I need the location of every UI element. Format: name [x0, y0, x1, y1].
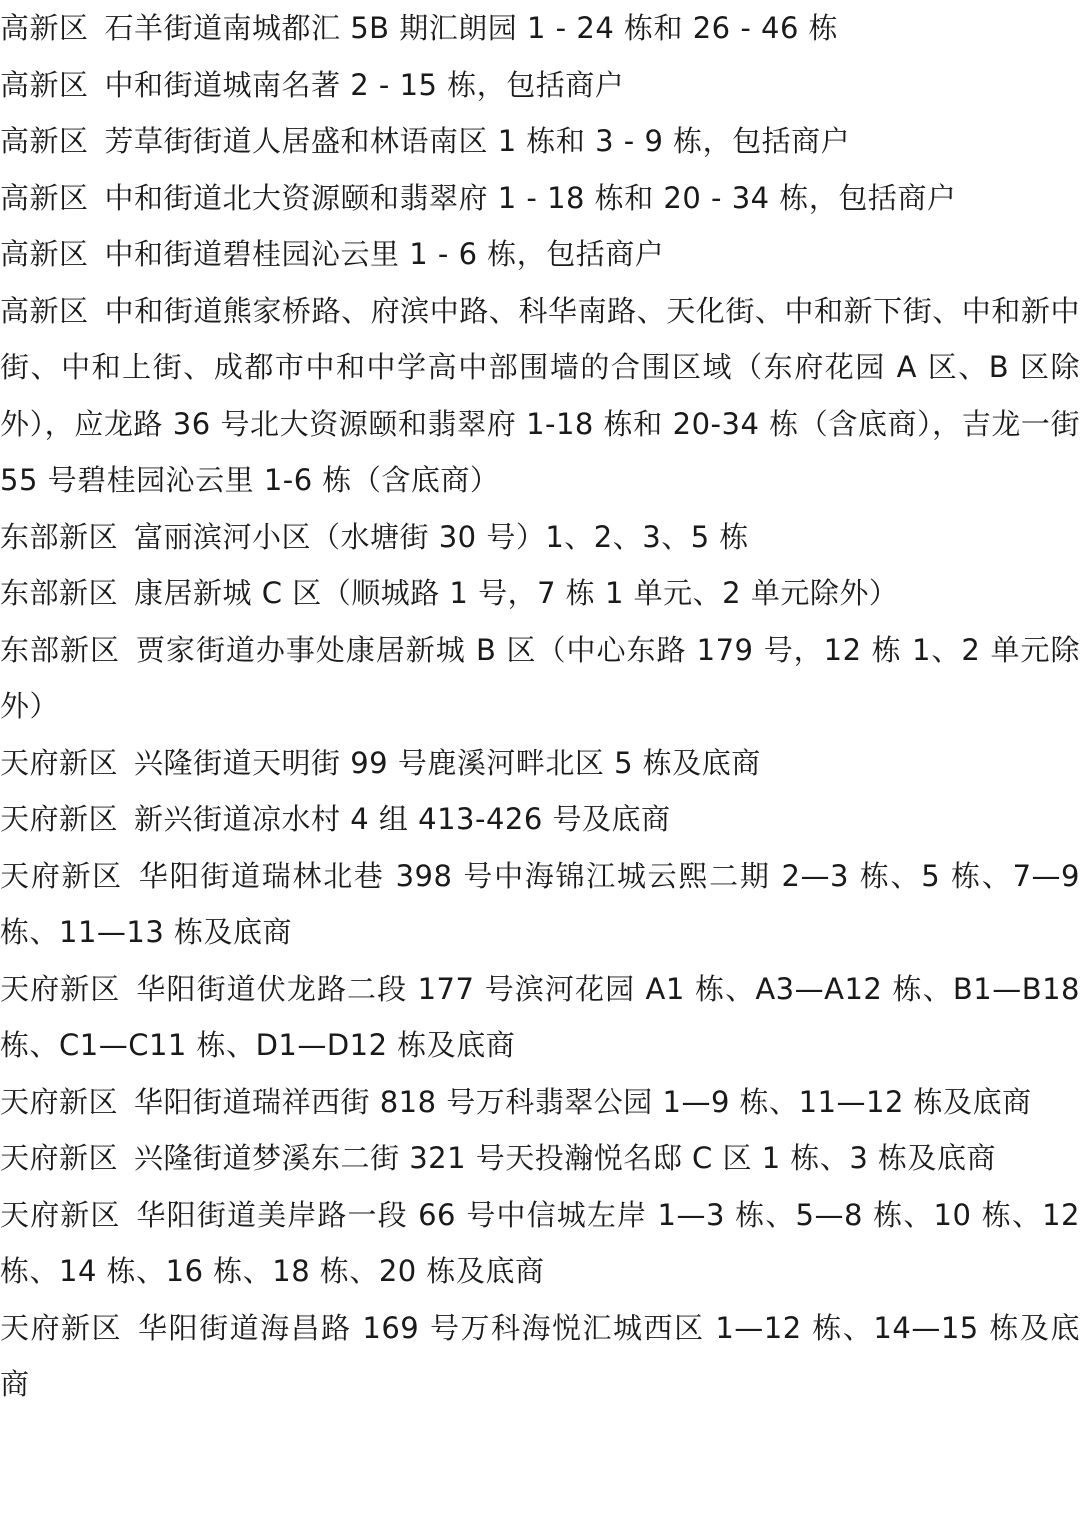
area-description: 中和街道碧桂园沁云里 1 - 6 栋，包括商户: [105, 237, 665, 271]
list-item: 东部新区贾家街道办事处康居新城 B 区（中心东路 179 号，12 栋 1、2 …: [0, 622, 1080, 735]
area-description: 中和街道熊家桥路、府滨中路、科华南路、天化街、中和新下街、中和新中街、中和上街、…: [0, 294, 1080, 498]
area-description: 芳草街街道人居盛和林语南区 1 栋和 3 - 9 栋，包括商户: [105, 124, 851, 158]
area-list: 高新区石羊街道南城都汇 5B 期汇朗园 1 - 24 栋和 26 - 46 栋 …: [0, 0, 1080, 1413]
district-label: 天府新区: [0, 1311, 122, 1345]
area-description: 兴隆街道梦溪东二街 321 号天投瀚悦名邸 C 区 1 栋、3 栋及底商: [134, 1141, 996, 1175]
district-label: 天府新区: [0, 859, 123, 893]
list-item: 天府新区新兴街道凉水村 4 组 413-426 号及底商: [0, 791, 1080, 848]
list-item: 高新区中和街道碧桂园沁云里 1 - 6 栋，包括商户: [0, 226, 1080, 283]
area-description: 中和街道城南名著 2 - 15 栋，包括商户: [105, 68, 625, 102]
area-description: 华阳街道瑞林北巷 398 号中海锦江城云熙二期 2—3 栋、5 栋、7—9 栋、…: [0, 859, 1080, 950]
area-description: 康居新城 C 区（顺城路 1 号，7 栋 1 单元、2 单元除外）: [134, 576, 898, 610]
area-description: 富丽滨河小区（水塘街 30 号）1、2、3、5 栋: [134, 520, 749, 554]
area-description: 中和街道北大资源颐和翡翠府 1 - 18 栋和 20 - 34 栋，包括商户: [105, 181, 957, 215]
area-description: 华阳街道美岸路一段 66 号中信城左岸 1—3 栋、5—8 栋、10 栋、12 …: [0, 1198, 1080, 1289]
list-item: 天府新区华阳街道美岸路一段 66 号中信城左岸 1—3 栋、5—8 栋、10 栋…: [0, 1187, 1080, 1300]
area-description: 华阳街道海昌路 169 号万科海悦汇城西区 1—12 栋、14—15 栋及底商: [0, 1311, 1080, 1402]
list-item: 天府新区华阳街道伏龙路二段 177 号滨河花园 A1 栋、A3—A12 栋、B1…: [0, 961, 1080, 1074]
list-item: 东部新区富丽滨河小区（水塘街 30 号）1、2、3、5 栋: [0, 509, 1080, 566]
list-item: 高新区中和街道城南名著 2 - 15 栋，包括商户: [0, 57, 1080, 114]
district-label: 天府新区: [0, 746, 118, 780]
district-label: 东部新区: [0, 520, 118, 554]
area-description: 华阳街道瑞祥西街 818 号万科翡翠公园 1—9 栋、11—12 栋及底商: [134, 1085, 1032, 1119]
district-label: 高新区: [0, 11, 89, 45]
list-item: 高新区石羊街道南城都汇 5B 期汇朗园 1 - 24 栋和 26 - 46 栋: [0, 0, 1080, 57]
list-item: 天府新区兴隆街道天明街 99 号鹿溪河畔北区 5 栋及底商: [0, 735, 1080, 792]
list-item: 高新区芳草街街道人居盛和林语南区 1 栋和 3 - 9 栋，包括商户: [0, 113, 1080, 170]
area-description: 新兴街道凉水村 4 组 413-426 号及底商: [134, 802, 671, 836]
district-label: 天府新区: [0, 1141, 118, 1175]
district-label: 高新区: [0, 294, 89, 328]
list-item: 天府新区兴隆街道梦溪东二街 321 号天投瀚悦名邸 C 区 1 栋、3 栋及底商: [0, 1130, 1080, 1187]
district-label: 东部新区: [0, 633, 120, 667]
district-label: 高新区: [0, 237, 89, 271]
list-item: 高新区中和街道熊家桥路、府滨中路、科华南路、天化街、中和新下街、中和新中街、中和…: [0, 283, 1080, 509]
list-item: 高新区中和街道北大资源颐和翡翠府 1 - 18 栋和 20 - 34 栋，包括商…: [0, 170, 1080, 227]
area-description: 贾家街道办事处康居新城 B 区（中心东路 179 号，12 栋 1、2 单元除外…: [0, 633, 1080, 724]
district-label: 天府新区: [0, 972, 120, 1006]
district-label: 天府新区: [0, 802, 118, 836]
district-label: 高新区: [0, 68, 89, 102]
list-item: 天府新区华阳街道瑞祥西街 818 号万科翡翠公园 1—9 栋、11—12 栋及底…: [0, 1074, 1080, 1131]
area-description: 兴隆街道天明街 99 号鹿溪河畔北区 5 栋及底商: [134, 746, 761, 780]
district-label: 东部新区: [0, 576, 118, 610]
list-item: 天府新区华阳街道瑞林北巷 398 号中海锦江城云熙二期 2—3 栋、5 栋、7—…: [0, 848, 1080, 961]
district-label: 天府新区: [0, 1198, 121, 1232]
area-description: 华阳街道伏龙路二段 177 号滨河花园 A1 栋、A3—A12 栋、B1—B18…: [0, 972, 1080, 1063]
district-label: 高新区: [0, 124, 89, 158]
list-item: 天府新区华阳街道海昌路 169 号万科海悦汇城西区 1—12 栋、14—15 栋…: [0, 1300, 1080, 1413]
district-label: 高新区: [0, 181, 89, 215]
area-description: 石羊街道南城都汇 5B 期汇朗园 1 - 24 栋和 26 - 46 栋: [105, 11, 839, 45]
district-label: 天府新区: [0, 1085, 118, 1119]
list-item: 东部新区康居新城 C 区（顺城路 1 号，7 栋 1 单元、2 单元除外）: [0, 565, 1080, 622]
